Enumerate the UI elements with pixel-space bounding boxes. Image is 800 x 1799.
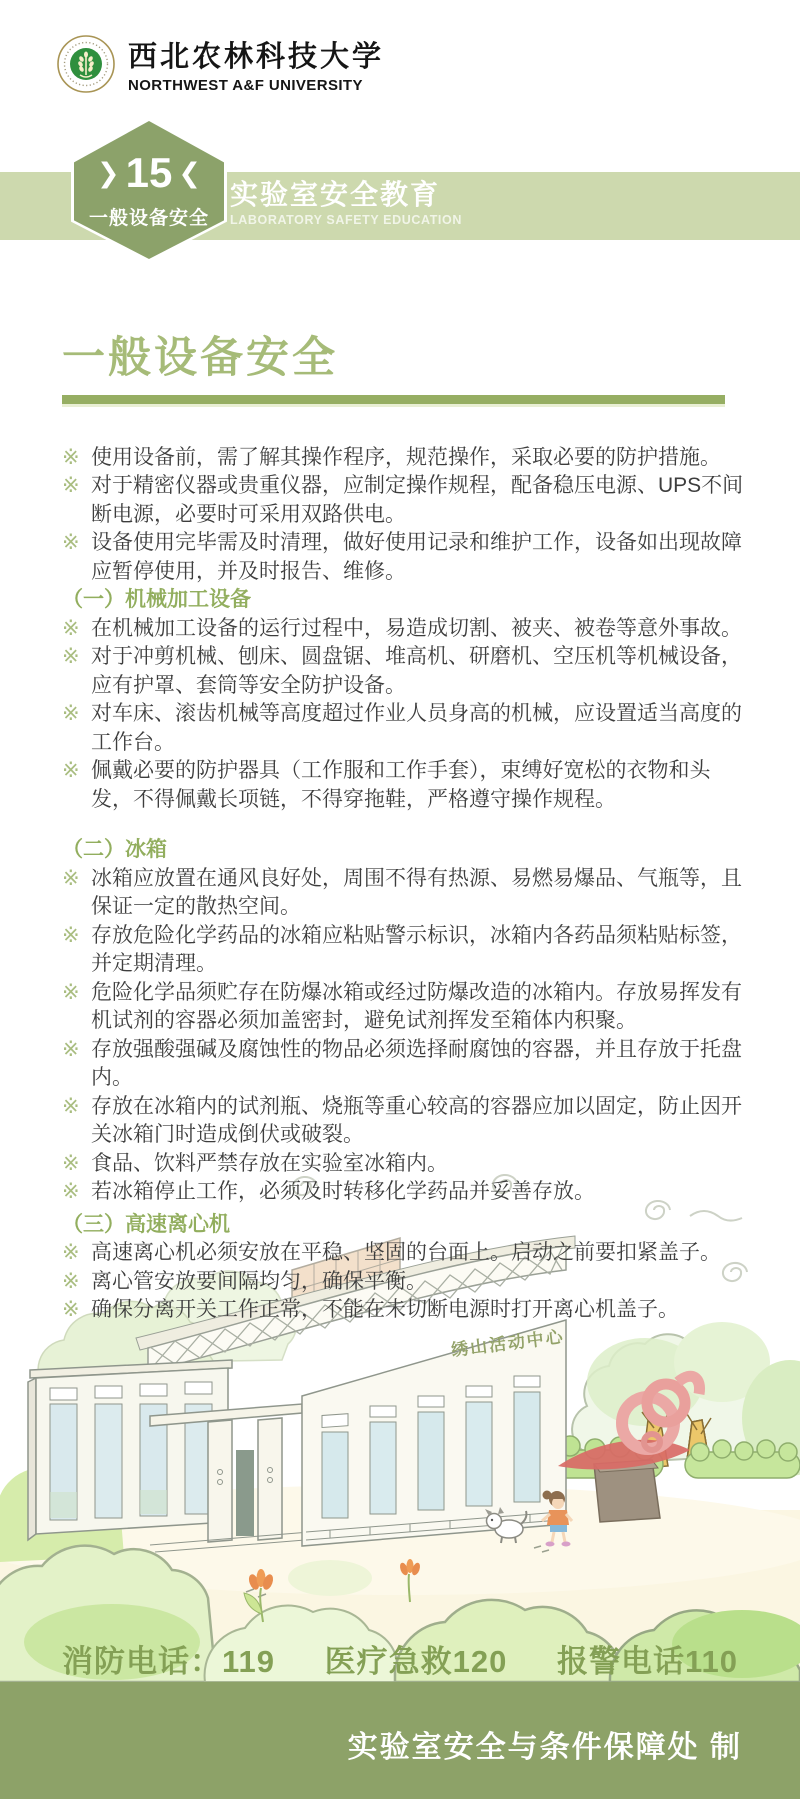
rule-text: 高速离心机必须安放在平稳、坚固的台面上。启动之前要扣紧盖子。 xyxy=(91,1239,744,1268)
chapter-badge: ❯ 15 ❮ 一般设备安全 xyxy=(71,118,227,262)
police-phone: 报警电话110 xyxy=(557,1636,738,1681)
reference-mark-icon: ※ xyxy=(62,922,91,979)
reference-mark-icon: ※ xyxy=(62,979,91,1036)
reference-mark-icon: ※ xyxy=(62,1296,91,1325)
reference-mark-icon: ※ xyxy=(62,1150,91,1179)
safety-rule: ※离心管安放要间隔均匀，确保平衡。 xyxy=(62,1268,744,1297)
section-heading: （三）高速离心机 xyxy=(62,1211,744,1240)
intro-rules: ※使用设备前，需了解其操作程序，规范操作，采取必要的防护措施。※对于精密仪器或贵… xyxy=(62,444,744,587)
reference-mark-icon: ※ xyxy=(62,1268,91,1297)
footer-credit: 实验室安全与条件保障处 制 xyxy=(348,1722,742,1766)
reference-mark-icon: ※ xyxy=(62,615,91,644)
rule-text: 冰箱应放置在通风良好处，周围不得有热源、易燃易爆品、气瓶等，且保证一定的散热空间… xyxy=(91,865,744,922)
safety-rule: ※存放在冰箱内的试剂瓶、烧瓶等重心较高的容器应加以固定，防止因开关冰箱门时造成倒… xyxy=(62,1093,744,1150)
university-name-cn: 西北农林科技大学 xyxy=(128,34,384,75)
university-name-en: NORTHWEST A&F UNIVERSITY xyxy=(128,77,384,94)
fire-phone: 消防电话：119 xyxy=(62,1636,275,1681)
safety-rule: ※设备使用完毕需及时清理，做好使用记录和维护工作，设备如出现故障应暂停使用，并及… xyxy=(62,529,744,586)
banner: 实验室安全教育 LABORATORY SAFETY EDUCATION xyxy=(230,179,462,227)
safety-rule: ※佩戴必要的防护器具（工作服和工作手套），束缚好宽松的衣物和头发，不得佩戴长项链… xyxy=(62,757,744,814)
chapter-number: 15 xyxy=(126,152,173,194)
reference-mark-icon: ※ xyxy=(62,757,91,814)
rule-text: 使用设备前，需了解其操作程序，规范操作，采取必要的防护措施。 xyxy=(91,444,744,473)
safety-rule: ※高速离心机必须安放在平稳、坚固的台面上。启动之前要扣紧盖子。 xyxy=(62,1239,744,1268)
rule-text: 佩戴必要的防护器具（工作服和工作手套），束缚好宽松的衣物和头发，不得佩戴长项链，… xyxy=(91,757,744,814)
banner-subtitle: LABORATORY SAFETY EDUCATION xyxy=(230,213,462,227)
reference-mark-icon: ※ xyxy=(62,1036,91,1093)
rule-sections: （一）机械加工设备※在机械加工设备的运行过程中，易造成切割、被夹、被卷等意外事故… xyxy=(62,586,744,1325)
rule-text: 危险化学品须贮存在防爆冰箱或经过防爆改造的冰箱内。存放易挥发有机试剂的容器必须加… xyxy=(91,979,744,1036)
university-logo: 西北农林科技大学 NORTHWEST A&F UNIVERSITY xyxy=(56,34,384,94)
chapter-label: 一般设备安全 xyxy=(89,203,209,230)
section-heading: （二）冰箱 xyxy=(62,836,744,865)
safety-rule: ※确保分离开关工作正常，不能在未切断电源时打开离心机盖子。 xyxy=(62,1296,744,1325)
rule-text: 在机械加工设备的运行过程中，易造成切割、被夹、被卷等意外事故。 xyxy=(91,615,744,644)
reference-mark-icon: ※ xyxy=(62,529,91,586)
page-title: 一般设备安全 xyxy=(62,332,744,386)
safety-rule: ※对于精密仪器或贵重仪器，应制定操作规程，配备稳压电源、UPS不间断电源，必要时… xyxy=(62,472,744,529)
safety-rule: ※对于冲剪机械、刨床、圆盘锯、堆高机、研磨机、空压机等机械设备，应有护罩、套筒等… xyxy=(62,643,744,700)
university-seal-icon xyxy=(56,34,116,94)
reference-mark-icon: ※ xyxy=(62,700,91,757)
safety-rule: ※使用设备前，需了解其操作程序，规范操作，采取必要的防护措施。 xyxy=(62,444,744,473)
reference-mark-icon: ※ xyxy=(62,1239,91,1268)
rule-text: 对车床、滚齿机械等高度超过作业人员身高的机械，应设置适当高度的工作台。 xyxy=(91,700,744,757)
reference-mark-icon: ※ xyxy=(62,865,91,922)
rule-text: 食品、饮料严禁存放在实验室冰箱内。 xyxy=(91,1150,744,1179)
safety-rule: ※危险化学品须贮存在防爆冰箱或经过防爆改造的冰箱内。存放易挥发有机试剂的容器必须… xyxy=(62,979,744,1036)
medical-phone: 医疗急救120 xyxy=(325,1636,508,1681)
safety-rule: ※若冰箱停止工作，必须及时转移化学药品并妥善存放。 xyxy=(62,1178,744,1207)
rule-text: 离心管安放要间隔均匀，确保平衡。 xyxy=(91,1268,744,1297)
safety-rule: ※在机械加工设备的运行过程中，易造成切割、被夹、被卷等意外事故。 xyxy=(62,615,744,644)
reference-mark-icon: ※ xyxy=(62,643,91,700)
rule-text: 对于冲剪机械、刨床、圆盘锯、堆高机、研磨机、空压机等机械设备，应有护罩、套筒等安… xyxy=(91,643,744,700)
rule-text: 存放强酸强碱及腐蚀性的物品必须选择耐腐蚀的容器，并且存放于托盘内。 xyxy=(91,1036,744,1093)
reference-mark-icon: ※ xyxy=(62,1178,91,1207)
university-names: 西北农林科技大学 NORTHWEST A&F UNIVERSITY xyxy=(128,34,384,94)
rule-text: 若冰箱停止工作，必须及时转移化学药品并妥善存放。 xyxy=(91,1178,744,1207)
poster-page: 西北农林科技大学 NORTHWEST A&F UNIVERSITY ❯ 15 ❮… xyxy=(0,0,800,1799)
reference-mark-icon: ※ xyxy=(62,1093,91,1150)
safety-rule: ※食品、饮料严禁存放在实验室冰箱内。 xyxy=(62,1150,744,1179)
rule-text: 存放在冰箱内的试剂瓶、烧瓶等重心较高的容器应加以固定，防止因开关冰箱门时造成倒伏… xyxy=(91,1093,744,1150)
section-heading: （一）机械加工设备 xyxy=(62,586,744,615)
emergency-phones: 消防电话：119 医疗急救120 报警电话110 xyxy=(62,1636,738,1681)
safety-rule: ※对车床、滚齿机械等高度超过作业人员身高的机械，应设置适当高度的工作台。 xyxy=(62,700,744,757)
reference-mark-icon: ※ xyxy=(62,444,91,473)
reference-mark-icon: ※ xyxy=(62,472,91,529)
rule-text: 设备使用完毕需及时清理，做好使用记录和维护工作，设备如出现故障应暂停使用，并及时… xyxy=(91,529,744,586)
footer-bar: 实验室安全与条件保障处 制 xyxy=(0,1682,800,1799)
chapter-number-row: ❯ 15 ❮ xyxy=(97,152,201,194)
safety-rule: ※存放危险化学药品的冰箱应粘贴警示标识，冰箱内各药品须粘贴标签，并定期清理。 xyxy=(62,922,744,979)
rule-text: 存放危险化学药品的冰箱应粘贴警示标识，冰箱内各药品须粘贴标签，并定期清理。 xyxy=(91,922,744,979)
rule-text: 对于精密仪器或贵重仪器，应制定操作规程，配备稳压电源、UPS不间断电源，必要时可… xyxy=(91,472,744,529)
safety-rule: ※冰箱应放置在通风良好处，周围不得有热源、易燃易爆品、气瓶等，且保证一定的散热空… xyxy=(62,865,744,922)
rule-text: 确保分离开关工作正常，不能在未切断电源时打开离心机盖子。 xyxy=(91,1296,744,1325)
safety-rule: ※存放强酸强碱及腐蚀性的物品必须选择耐腐蚀的容器，并且存放于托盘内。 xyxy=(62,1036,744,1093)
banner-title: 实验室安全教育 xyxy=(230,179,462,211)
chevron-right-icon: ❯ xyxy=(97,160,120,187)
title-underline xyxy=(62,395,725,407)
content: 一般设备安全 ※使用设备前，需了解其操作程序，规范操作，采取必要的防护措施。※对… xyxy=(62,332,744,1325)
chevron-left-icon: ❮ xyxy=(178,160,201,187)
